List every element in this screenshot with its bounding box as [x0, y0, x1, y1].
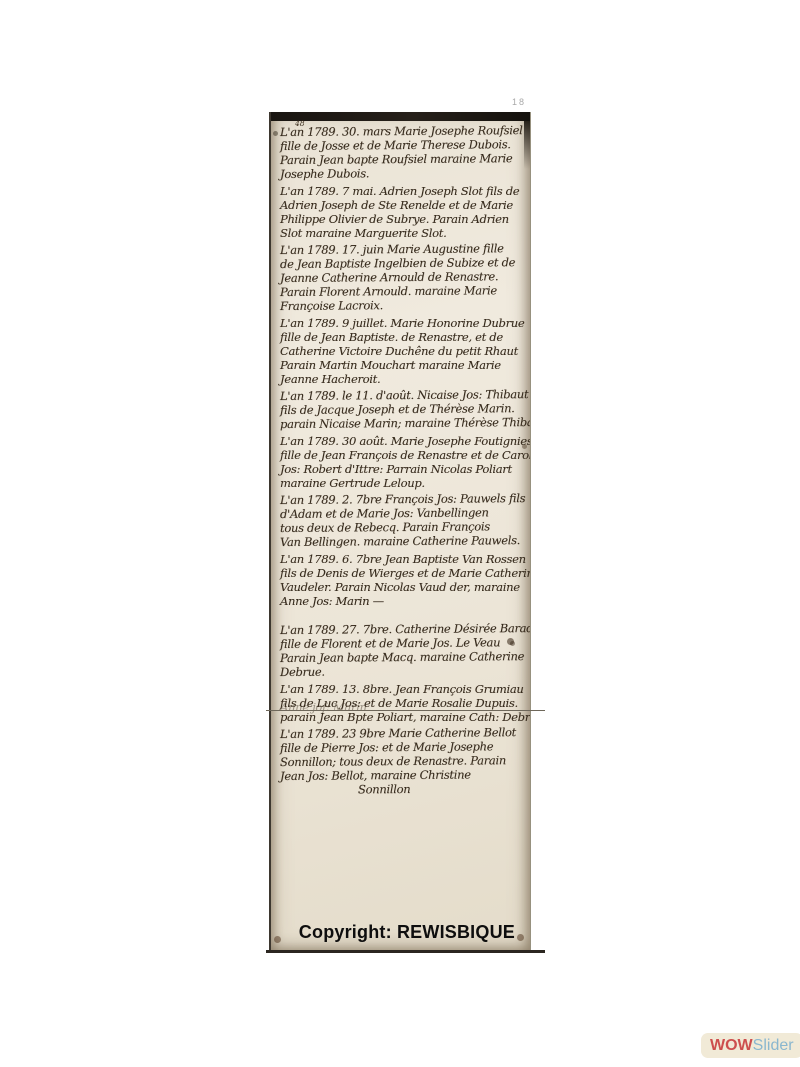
- scan-top-edge: [271, 112, 530, 121]
- manuscript-line: Slot maraine Marguerite Slot.: [280, 226, 525, 240]
- manuscript-line: Parain Martin Mouchart maraine Marie: [280, 358, 525, 372]
- manuscript-line: L'an 1789. 9 juillet. Marie Honorine Dub…: [280, 316, 525, 330]
- scan-seam-line: [266, 710, 545, 711]
- wowslider-watermark-link[interactable]: WOWSlider: [701, 1033, 800, 1058]
- manuscript-line: Adrien Joseph de Ste Renelde et de Marie: [280, 198, 525, 212]
- manuscript-line: Anne Jos: Marin —: [280, 594, 525, 608]
- manuscript-line: Sonnillon: [280, 781, 525, 797]
- manuscript-line: fils de Denis de Wierges et de Marie Cat…: [280, 566, 525, 580]
- baptism-record: L'an 1789. le 11. d'août. Nicaise Jos: T…: [280, 389, 525, 431]
- manuscript-line: fille de Jean François de Renastre et de…: [280, 448, 525, 462]
- baptism-record: L'an 1789. 23 9bre Marie Catherine Bello…: [280, 727, 525, 797]
- manuscript-line: fille de Jean Baptiste. de Renastre, et …: [280, 330, 525, 344]
- manuscript-line: Anne jof: Marin: [280, 700, 367, 714]
- manuscript-line: Jeanne Hacheroit.: [280, 372, 525, 386]
- baptism-record: L'an 1789. 7 mai. Adrien Joseph Slot fil…: [280, 184, 525, 240]
- seam-ghost-text: Anne jof: Marin: [280, 698, 367, 716]
- baptism-record: L'an 1789. 30 août. Marie Josephe Foutig…: [280, 434, 525, 490]
- baptism-record: L'an 1789. 9 juillet. Marie Honorine Dub…: [280, 316, 525, 386]
- manuscript-line: L'an 1789. 6. 7bre Jean Baptiste Van Ros…: [280, 552, 525, 566]
- manuscript-line: parain Nicaise Marin; maraine Thérèse Th…: [280, 415, 525, 431]
- manuscript-line: Philippe Olivier de Subrye. Parain Adrie…: [280, 212, 525, 226]
- manuscript-line: Françoise Lacroix.: [280, 297, 525, 313]
- manuscript-line: Catherine Victoire Duchêne du petit Rhau…: [280, 344, 525, 358]
- page-background: 18 48 L'an 1789. 30. mars Marie Josephe …: [0, 0, 800, 1067]
- manuscript-line: Josephe Dubois.: [280, 165, 525, 181]
- baptism-record: L'an 1789. 6. 7bre Jean Baptiste Van Ros…: [280, 552, 525, 608]
- paper-scan: 48 L'an 1789. 30. mars Marie Josephe Rou…: [269, 112, 531, 953]
- manuscript-text: 48 L'an 1789. 30. mars Marie Josephe Rou…: [280, 125, 525, 947]
- manuscript-line: Van Bellingen. maraine Catherine Pauwels…: [280, 533, 525, 549]
- wowslider-wow-label: WOW: [710, 1037, 753, 1055]
- manuscript-line: Debrue.: [280, 663, 525, 679]
- manuscript-line: Jos: Robert d'Ittre: Parrain Nicolas Pol…: [280, 462, 525, 476]
- baptism-record: L'an 1789. 17. juin Marie Augustine fill…: [280, 243, 525, 313]
- baptism-record: L'an 1789. 30. mars Marie Josephe Roufsi…: [280, 125, 525, 181]
- baptism-record: L'an 1789. 2. 7bre François Jos: Pauwels…: [280, 493, 525, 549]
- copyright-label: Copyright: REWISBIQUE: [299, 922, 515, 943]
- manuscript-line: L'an 1789. 7 mai. Adrien Joseph Slot fil…: [280, 184, 525, 198]
- wowslider-slider-label: Slider: [753, 1037, 794, 1055]
- paper-stains: [271, 112, 274, 115]
- manuscript-line: L'an 1789. 30 août. Marie Josephe Foutig…: [280, 434, 525, 448]
- scan-bottom-edge: [266, 950, 545, 953]
- manuscript-line: maraine Gertrude Leloup.: [280, 476, 525, 490]
- manuscript-line: Vaudeler. Parain Nicolas Vaud der, marai…: [280, 580, 525, 594]
- scanned-register-page: 48 L'an 1789. 30. mars Marie Josephe Rou…: [269, 112, 531, 953]
- baptism-record: L'an 1789. 27. 7bre. Catherine Désirée B…: [280, 623, 525, 679]
- page-number-label: 18: [512, 97, 526, 107]
- manuscript-line: L'an 1789. 13. 8bre. Jean François Grumi…: [280, 682, 525, 696]
